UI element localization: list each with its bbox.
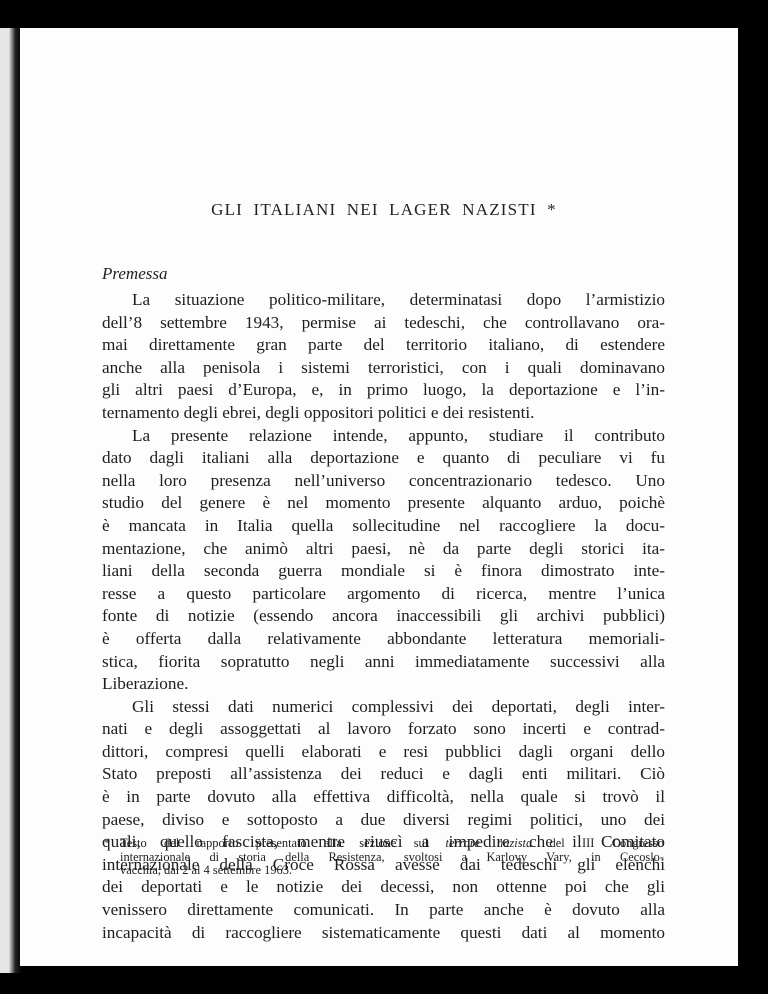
footnote-text: Testo del rapporto presentato alla sezio…	[120, 836, 446, 850]
text-line: liani della seconda guerra mondiale si è…	[102, 560, 665, 583]
footnote: * Testo del rapporto presentato alla sez…	[104, 837, 664, 878]
text-line: dei deportati e le notizie dei decessi, …	[102, 876, 665, 899]
text-line: La situazione politico-militare, determi…	[102, 289, 665, 312]
section-heading: Premessa	[102, 264, 167, 284]
text-line: ternamento degli ebrei, degli oppositori…	[102, 402, 665, 425]
text-line: dell’8 settembre 1943, permise ai tedesc…	[102, 312, 665, 335]
footnote-text: del III Congresso	[532, 836, 664, 850]
text-line: mentazione, che animò altri paesi, nè da…	[102, 538, 665, 561]
text-line: gli altri paesi d’Europa, e, in primo lu…	[102, 379, 665, 402]
text-line: studio del genere è nel momento presente…	[102, 492, 665, 515]
text-line: è in parte dovuto alla effettiva diffico…	[102, 786, 665, 809]
text-line: dittori, compresi quelli elaborati e res…	[102, 741, 665, 764]
scanned-binding-edge	[0, 28, 22, 973]
text-line: incapacità di raccogliere sistematicamen…	[102, 922, 665, 945]
footnote-line: vacchia, dal 2 al 4 settembre 1963.	[104, 864, 664, 878]
footnote-line: internazionale di storia della Resistenz…	[104, 851, 664, 865]
text-line: stica, fiorita sopratutto negli anni imm…	[102, 651, 665, 674]
text-line: La presente relazione intende, appunto, …	[102, 425, 665, 448]
text-line: nati e degli assoggettati al lavoro forz…	[102, 718, 665, 741]
text-line: venissero direttamente comunicati. In pa…	[102, 899, 665, 922]
footnote-italic-text: terrore nazista	[446, 836, 533, 850]
text-line: è offerta dalla relativamente abbondante…	[102, 628, 665, 651]
text-line: Stato preposti all’assistenza dei reduci…	[102, 763, 665, 786]
footnote-mark: *	[104, 837, 110, 851]
page-title: GLI ITALIANI NEI LAGER NAZISTI *	[0, 200, 768, 220]
footnote-line: Testo del rapporto presentato alla sezio…	[104, 837, 664, 851]
text-line: paese, diviso e sottoposto a due diversi…	[102, 809, 665, 832]
text-line: anche alla penisola i sistemi terroristi…	[102, 357, 665, 380]
text-line: dato dagli italiani alla deportazione e …	[102, 447, 665, 470]
text-line: Liberazione.	[102, 673, 665, 696]
text-line: è mancata in Italia quella sollecitudine…	[102, 515, 665, 538]
text-line: Gli stessi dati numerici complessivi dei…	[102, 696, 665, 719]
text-line: resse a questo particolare argomento di …	[102, 583, 665, 606]
text-line: fonte di notizie (essendo ancora inacces…	[102, 605, 665, 628]
text-line: mai direttamente gran parte del territor…	[102, 334, 665, 357]
text-line: nella loro presenza nell’universo concen…	[102, 470, 665, 493]
